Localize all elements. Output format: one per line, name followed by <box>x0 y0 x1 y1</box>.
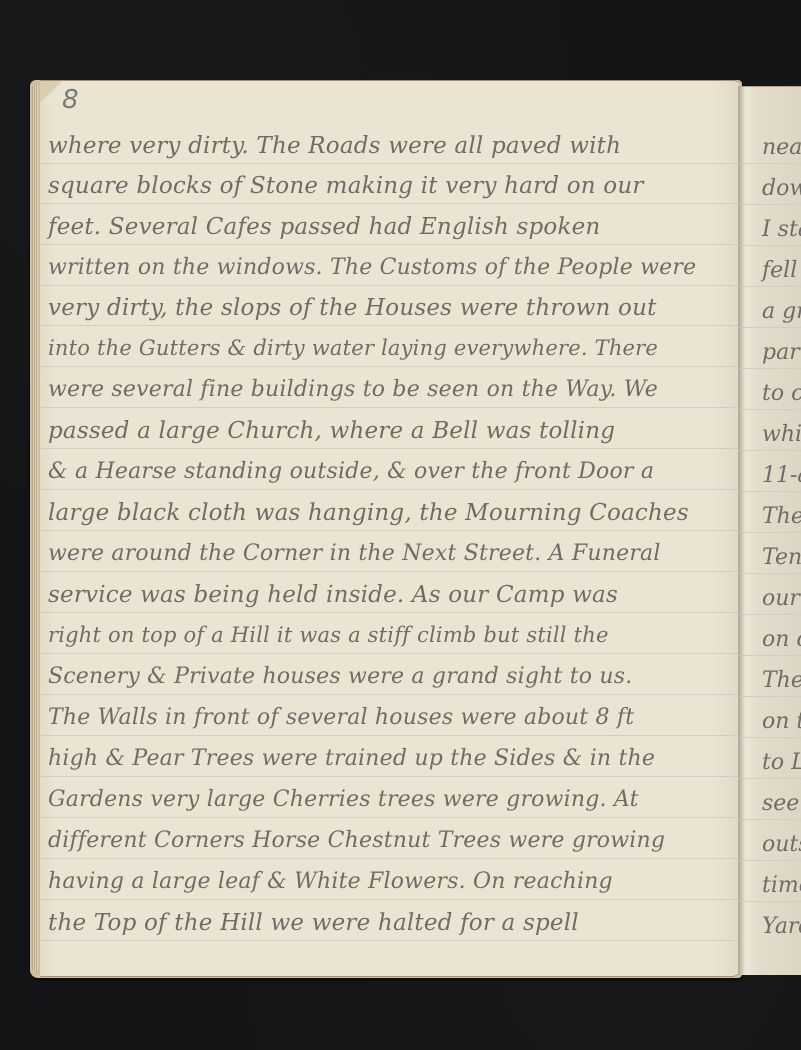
ruled-line <box>40 489 740 490</box>
ruled-line <box>738 532 801 533</box>
ruled-line <box>738 696 801 697</box>
handwritten-line: high & Pear Trees were trained up the Si… <box>48 746 655 771</box>
facing-handwritten-line: to cou <box>762 381 801 406</box>
handwritten-line: square blocks of Stone making it very ha… <box>48 173 644 199</box>
facing-handwritten-line: outs <box>762 832 801 857</box>
handwritten-line: written on the windows. The Customs of t… <box>48 255 696 280</box>
ruled-line <box>40 817 740 818</box>
handwritten-line: were several fine buildings to be seen o… <box>48 377 658 402</box>
handwritten-line: having a large leaf & White Flowers. On … <box>48 869 613 894</box>
facing-handwritten-line: near <box>762 135 801 160</box>
diary-page: 8 where very dirty. The Roads were all p… <box>40 80 740 977</box>
ruled-line <box>40 694 740 695</box>
handwritten-line: feet. Several Cafes passed had English s… <box>48 214 600 240</box>
ruled-line <box>40 776 740 777</box>
ruled-line <box>40 899 740 900</box>
ruled-line <box>738 409 801 410</box>
ruled-line <box>738 286 801 287</box>
ruled-line <box>40 571 740 572</box>
ruled-line <box>40 407 740 408</box>
facing-handwritten-line: on ou <box>762 627 801 652</box>
facing-handwritten-line: Then <box>762 668 801 693</box>
ruled-line <box>40 940 740 941</box>
ruled-line <box>738 860 801 861</box>
ruled-line <box>738 819 801 820</box>
ruled-line <box>738 245 801 246</box>
ruled-line <box>40 612 740 613</box>
handwritten-line: were around the Corner in the Next Stree… <box>48 541 661 566</box>
handwritten-line: into the Gutters & dirty water laying ev… <box>48 336 658 360</box>
facing-handwritten-line: part <box>762 340 801 365</box>
ruled-line <box>40 163 740 164</box>
ruled-line <box>738 450 801 451</box>
handwritten-line: different Corners Horse Chestnut Trees w… <box>48 828 665 853</box>
ruled-line <box>738 614 801 615</box>
facing-handwritten-line: Yard <box>762 914 801 939</box>
ruled-line <box>40 858 740 859</box>
ruled-line <box>40 325 740 326</box>
facing-page-partial: near down I start fell a grea part to co… <box>738 86 801 975</box>
facing-handwritten-line: I start <box>762 217 801 242</box>
facing-handwritten-line: see a <box>762 791 801 816</box>
handwritten-line: passed a large Church, where a Bell was … <box>48 418 615 444</box>
facing-handwritten-line: a grea <box>762 299 801 324</box>
handwritten-line: the Top of the Hill we were halted for a… <box>48 910 579 936</box>
ruled-line <box>738 204 801 205</box>
handwritten-line: Gardens very large Cherries trees were g… <box>48 787 639 812</box>
ruled-line <box>738 737 801 738</box>
ruled-line <box>738 573 801 574</box>
ruled-line <box>738 491 801 492</box>
facing-handwritten-line: time <box>762 873 801 898</box>
handwritten-line: The Walls in front of several houses wer… <box>48 705 634 730</box>
ruled-line <box>40 366 740 367</box>
facing-handwritten-line: down <box>762 176 801 201</box>
ruled-line <box>738 327 801 328</box>
facing-handwritten-line: fell <box>762 258 797 283</box>
ruled-line <box>40 735 740 736</box>
ruled-line <box>738 163 801 164</box>
handwritten-line: service was being held inside. As our Ca… <box>48 582 618 608</box>
handwritten-line: right on top of a Hill it was a stiff cl… <box>48 623 609 647</box>
facing-handwritten-line: our <box>762 586 800 611</box>
ruled-line <box>40 285 740 286</box>
facing-handwritten-line: Tent, <box>762 545 801 570</box>
ruled-line <box>40 653 740 654</box>
gutter-shadow <box>738 87 744 975</box>
ruled-line <box>40 530 740 531</box>
handwritten-line: very dirty, the slops of the Houses were… <box>48 295 657 321</box>
facing-handwritten-line: to La <box>762 750 801 775</box>
handwritten-line: large black cloth was hanging, the Mourn… <box>48 500 689 526</box>
handwritten-line: & a Hearse standing outside, & over the … <box>48 459 654 484</box>
facing-handwritten-line: which <box>762 422 801 447</box>
ruled-line <box>40 244 740 245</box>
ruled-line <box>40 448 740 449</box>
ruled-line <box>738 368 801 369</box>
page-number: 8 <box>62 85 79 115</box>
ruled-line <box>738 901 801 902</box>
ruled-line <box>738 655 801 656</box>
ruled-line <box>738 778 801 779</box>
page-corner-fold <box>40 81 62 103</box>
handwritten-line: Scenery & Private houses were a grand si… <box>48 664 632 689</box>
ruled-line <box>40 203 740 204</box>
handwritten-line: where very dirty. The Roads were all pav… <box>48 133 621 159</box>
facing-handwritten-line: 11-am <box>762 463 801 488</box>
facing-handwritten-line: on th <box>762 709 801 734</box>
facing-handwritten-line: Then <box>762 504 801 529</box>
